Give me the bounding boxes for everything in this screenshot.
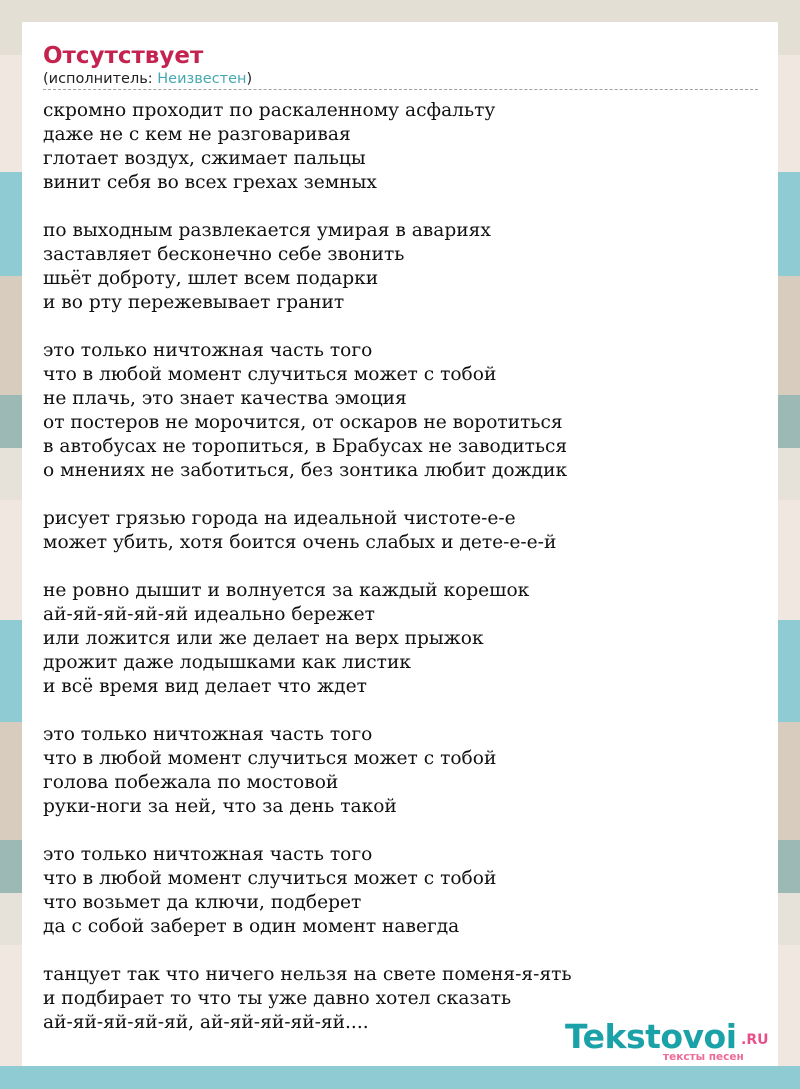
lyrics-body: скромно проходит по раскаленному асфальт… — [43, 99, 758, 1035]
artist-line: (исполнитель: Неизвестен) — [43, 70, 758, 90]
lyric-line: по выходным развлекается умирая в авария… — [43, 219, 758, 243]
lyric-line: даже не с кем не разговаривая — [43, 123, 758, 147]
lyric-line: заставляет бесконечно себе звонить — [43, 243, 758, 267]
lyric-line: не плачь, это знает качества эмоция — [43, 387, 758, 411]
lyric-line: да с собой заберет в один момент навегда — [43, 915, 758, 939]
lyric-line: руки-ноги за ней, что за день такой — [43, 795, 758, 819]
lyric-line: рисует грязью города на идеальной чистот… — [43, 507, 758, 531]
lyric-line: это только ничтожная часть того — [43, 723, 758, 747]
lyric-line: и подбирает то что ты уже давно хотел ск… — [43, 987, 758, 1011]
lyric-line: танцует так что ничего нельзя на свете п… — [43, 963, 758, 987]
lyric-line: о мнениях не заботиться, без зонтика люб… — [43, 459, 758, 483]
logo-tld: .RU — [741, 1032, 768, 1048]
artist-prefix: (исполнитель: — [43, 71, 157, 87]
lyrics-stanza: это только ничтожная часть тогочто в люб… — [43, 723, 758, 819]
lyric-line: и во рту пережевывает гранит — [43, 291, 758, 315]
lyrics-stanza: по выходным развлекается умирая в авария… — [43, 219, 758, 315]
logo-wordmark: Tekstovoi — [565, 1020, 737, 1054]
artist-suffix: ) — [247, 71, 253, 87]
lyric-line: ай-яй-яй-яй-яй идеально бережет — [43, 603, 758, 627]
lyrics-stanza: это только ничтожная часть тогочто в люб… — [43, 843, 758, 939]
lyric-line: это только ничтожная часть того — [43, 339, 758, 363]
lyric-line: или ложится или же делает на верх прыжок — [43, 627, 758, 651]
lyric-line: голова побежала по мостовой — [43, 771, 758, 795]
lyric-line: это только ничтожная часть того — [43, 843, 758, 867]
lyric-line: не ровно дышит и волнуется за каждый кор… — [43, 579, 758, 603]
lyric-line: дрожит даже лодышками как листик — [43, 651, 758, 675]
artist-link[interactable]: Неизвестен — [157, 71, 246, 87]
lyrics-stanza: скромно проходит по раскаленному асфальт… — [43, 99, 758, 195]
lyric-line: скромно проходит по раскаленному асфальт… — [43, 99, 758, 123]
lyrics-stanza: рисует грязью города на идеальной чистот… — [43, 507, 758, 555]
lyrics-stanza: не ровно дышит и волнуется за каждый кор… — [43, 579, 758, 699]
lyric-line: в автобусах не торопиться, в Брабусах не… — [43, 435, 758, 459]
lyrics-stanza: это только ничтожная часть тогочто в люб… — [43, 339, 758, 483]
lyric-line: шьёт доброту, шлет всем подарки — [43, 267, 758, 291]
lyric-line: может убить, хотя боится очень слабых и … — [43, 531, 758, 555]
lyric-line: что в любой момент случиться может с тоб… — [43, 747, 758, 771]
lyric-line: что возьмет да ключи, подберет — [43, 891, 758, 915]
lyric-line: что в любой момент случиться может с тоб… — [43, 867, 758, 891]
lyrics-card: Отсутствует (исполнитель: Неизвестен) ск… — [22, 22, 778, 1066]
lyric-line: винит себя во всех грехах земных — [43, 171, 758, 195]
lyric-line: от постеров не морочится, от оскаров не … — [43, 411, 758, 435]
stripe-teal — [0, 1066, 800, 1089]
site-logo[interactable]: Tekstovoi .RU тексты песен — [565, 1020, 770, 1064]
song-title: Отсутствует — [43, 42, 758, 70]
lyric-line: что в любой момент случиться может с тоб… — [43, 363, 758, 387]
logo-tagline: тексты песен — [663, 1051, 744, 1063]
lyric-line: глотает воздух, сжимает пальцы — [43, 147, 758, 171]
lyric-line: и всё время вид делает что ждет — [43, 675, 758, 699]
